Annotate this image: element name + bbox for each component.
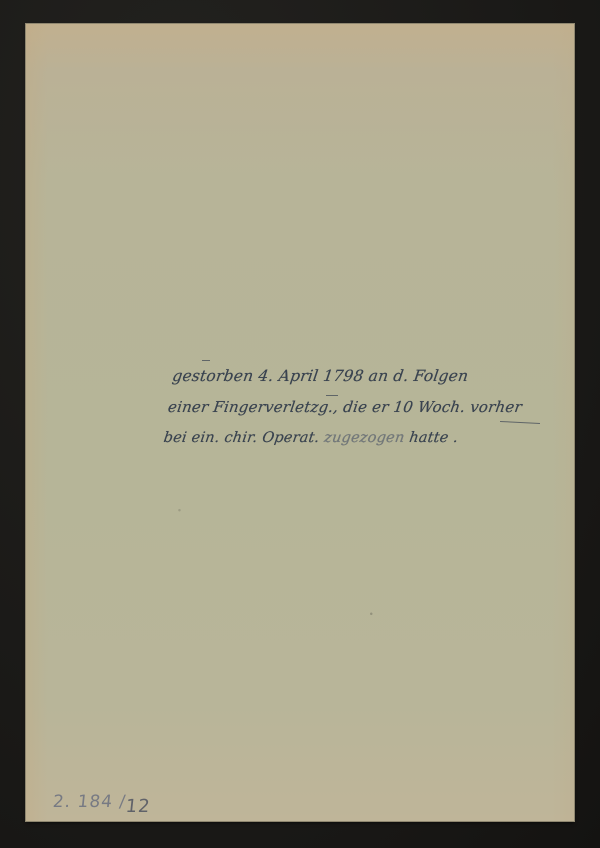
note-line-3: bei ein. chir. Operat. zugezogen hatte . bbox=[161, 422, 536, 455]
handwritten-note: gestorben 4. April 1798 an d. Folgen ein… bbox=[161, 360, 544, 455]
overline-mark-1 bbox=[202, 360, 210, 361]
document-paper: gestorben 4. April 1798 an d. Folgen ein… bbox=[26, 24, 574, 821]
note-line-3-start: bei ein. chir. Operat. bbox=[163, 430, 326, 446]
archive-signature-suffix: 12 bbox=[125, 796, 152, 817]
note-line-3-faint-word: zugezogen bbox=[323, 430, 405, 446]
overline-mark-2 bbox=[326, 395, 338, 396]
note-line-3-end: hatte . bbox=[403, 430, 459, 446]
note-line-2: einer Fingerverletzg., die er 10 Woch. v… bbox=[166, 391, 541, 424]
archive-signature: 2. 184 /12 bbox=[52, 791, 152, 812]
archive-signature-main: 2. 184 / bbox=[52, 792, 127, 812]
note-line-1: gestorben 4. April 1798 an d. Folgen bbox=[170, 360, 545, 393]
